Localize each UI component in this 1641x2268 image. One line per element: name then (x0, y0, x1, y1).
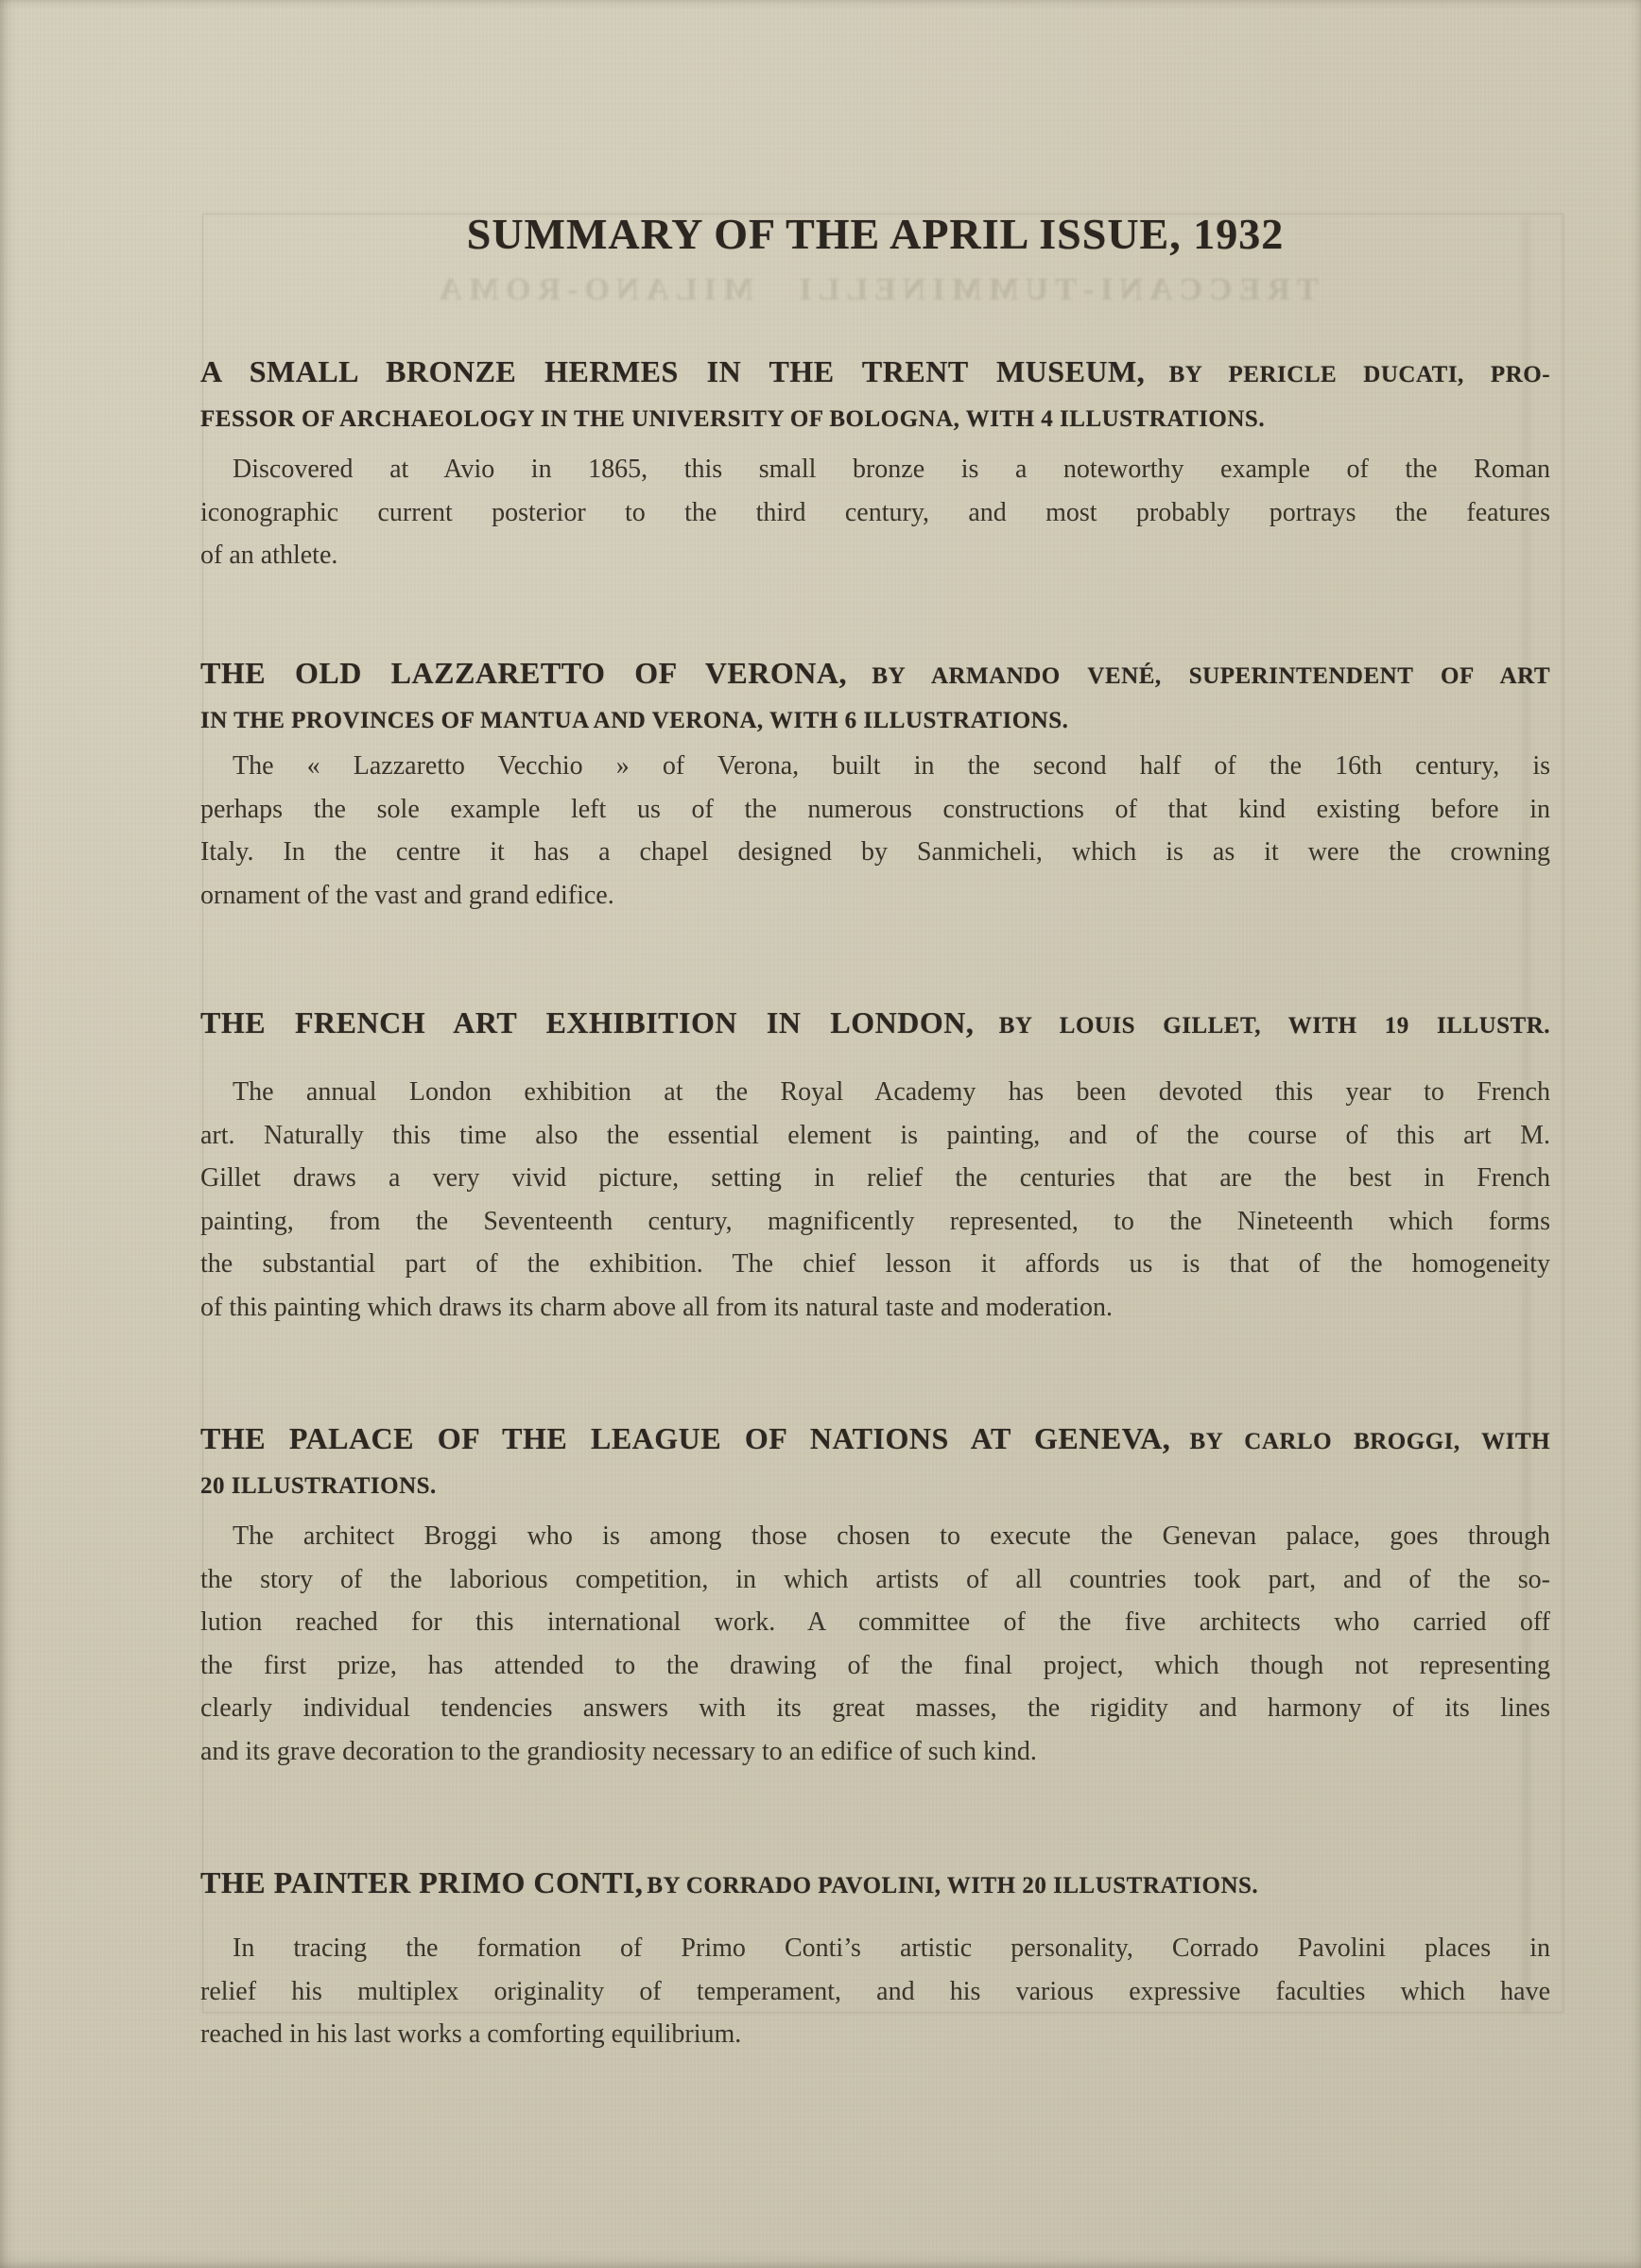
heading-line: 20 ILLUSTRATIONS. (200, 1466, 1550, 1510)
heading-line: IN THE PROVINCES OF MANTUA AND VERONA, W… (200, 700, 1550, 745)
byline-text: 20 ILLUSTRATIONS. (200, 1473, 437, 1499)
text-line: painting, from the Seventeenth century, … (200, 1200, 1550, 1244)
text-line: reached in his last works a comforting e… (200, 2013, 1550, 2056)
text-line: iconographic current posterior to the th… (200, 491, 1550, 535)
article-abstract: The architect Broggi who is among those … (200, 1515, 1550, 1773)
byline-text: BY PERICLE DUCATI, PRO- (1169, 362, 1550, 387)
text-line: ornament of the vast and grand edifice. (200, 874, 1550, 918)
show-through-text: TRECCANI-TUMMINELLI MILANO-ROMA (200, 268, 1550, 312)
heading-line: THE PAINTER PRIMO CONTI, BY CORRADO PAVO… (200, 1862, 1550, 1910)
text-line: the story of the laborious competition, … (200, 1558, 1550, 1602)
article-title-text: THE PAINTER PRIMO CONTI, (200, 1865, 643, 1899)
article-abstract: The annual London exhibition at the Roya… (200, 1071, 1550, 1329)
text-line: perhaps the sole example left us of the … (200, 788, 1550, 832)
article-heading: THE PAINTER PRIMO CONTI, BY CORRADO PAVO… (200, 1862, 1550, 1910)
article-heading: THE PALACE OF THE LEAGUE OF NATIONS AT G… (200, 1417, 1550, 1510)
byline-text: BY LOUIS GILLET, WITH 19 ILLUSTR. (999, 1013, 1550, 1039)
heading-line: FESSOR OF ARCHAEOLOGY IN THE UNIVERSITY … (200, 399, 1550, 443)
text-line: Gillet draws a very vivid picture, setti… (200, 1157, 1550, 1200)
text-line: and its grave decoration to the grandios… (200, 1730, 1550, 1774)
byline-text: FESSOR OF ARCHAEOLOGY IN THE UNIVERSITY … (200, 406, 1265, 432)
text-line: art. Naturally this time also the essent… (200, 1114, 1550, 1158)
byline-text: BY ARMANDO VENÉ, SUPERINTENDENT OF ART (872, 663, 1550, 689)
text-line: the first prize, has attended to the dra… (200, 1644, 1550, 1688)
text-line: In tracing the formation of Primo Conti’… (200, 1927, 1550, 1970)
text-line: Discovered at Avio in 1865, this small b… (200, 448, 1550, 491)
article-abstract: The « Lazzaretto Vecchio » of Verona, bu… (200, 745, 1550, 917)
article-abstract: In tracing the formation of Primo Conti’… (200, 1927, 1550, 2056)
text-line: of an athlete. (200, 534, 1550, 577)
byline-text: IN THE PROVINCES OF MANTUA AND VERONA, W… (200, 708, 1068, 733)
byline-text: BY CORRADO PAVOLINI, WITH 20 ILLUSTRATIO… (647, 1873, 1258, 1899)
text-line: The architect Broggi who is among those … (200, 1515, 1550, 1558)
text-line: relief his multiplex originality of temp… (200, 1970, 1550, 2014)
article-heading: THE FRENCH ART EXHIBITION IN LONDON, BY … (200, 1002, 1550, 1050)
article-title-text: A SMALL BRONZE HERMES IN THE TRENT MUSEU… (200, 354, 1145, 388)
text-line: The « Lazzaretto Vecchio » of Verona, bu… (200, 745, 1550, 788)
text-line: Italy. In the centre it has a chapel des… (200, 831, 1550, 874)
article-title-text: THE FRENCH ART EXHIBITION IN LONDON, (200, 1005, 974, 1039)
text-line: lution reached for this international wo… (200, 1601, 1550, 1644)
text-line: The annual London exhibition at the Roya… (200, 1071, 1550, 1114)
heading-line: THE OLD LAZZARETTO OF VERONA, BY ARMANDO… (200, 652, 1550, 700)
heading-line: A SMALL BRONZE HERMES IN THE TRENT MUSEU… (200, 351, 1550, 399)
article-heading: A SMALL BRONZE HERMES IN THE TRENT MUSEU… (200, 351, 1550, 443)
byline-text: BY CARLO BROGGI, WITH (1190, 1429, 1551, 1454)
article-title-text: THE OLD LAZZARETTO OF VERONA, (200, 656, 847, 690)
heading-line: THE FRENCH ART EXHIBITION IN LONDON, BY … (200, 1002, 1550, 1050)
article-heading: THE OLD LAZZARETTO OF VERONA, BY ARMANDO… (200, 652, 1550, 745)
text-line: of this painting which draws its charm a… (200, 1286, 1550, 1330)
article-title-text: THE PALACE OF THE LEAGUE OF NATIONS AT G… (200, 1421, 1170, 1455)
text-column: SUMMARY OF THE APRIL ISSUE, 1932 TRECCAN… (200, 0, 1550, 2268)
heading-line: THE PALACE OF THE LEAGUE OF NATIONS AT G… (200, 1417, 1550, 1466)
text-line: clearly individual tendencies answers wi… (200, 1687, 1550, 1730)
text-line: the substantial part of the exhibition. … (200, 1243, 1550, 1286)
page-title: SUMMARY OF THE APRIL ISSUE, 1932 (200, 208, 1550, 261)
article-abstract: Discovered at Avio in 1865, this small b… (200, 448, 1550, 577)
